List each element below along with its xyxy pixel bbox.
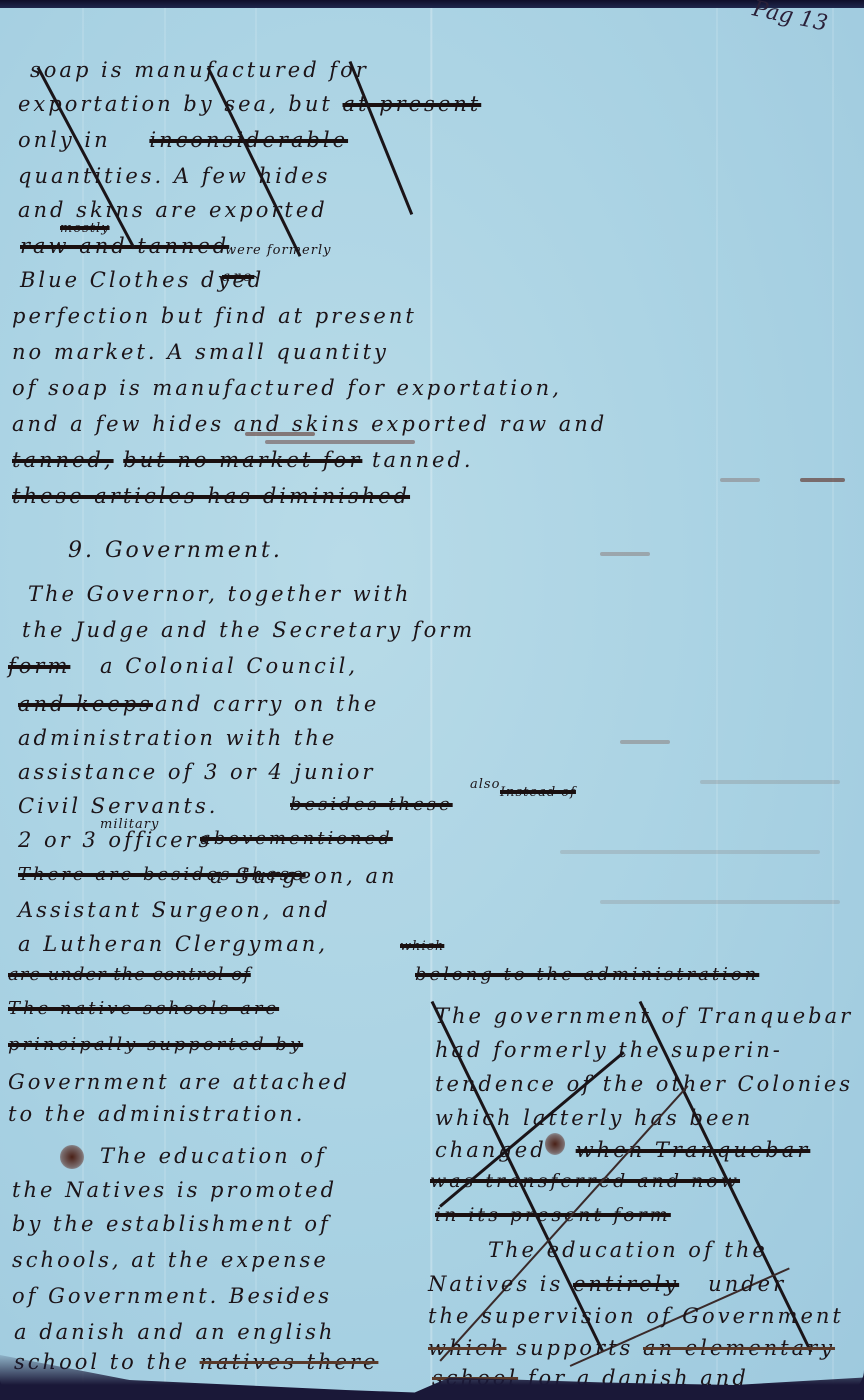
struck-word: are [222,270,254,284]
struck-insertion: which [400,940,444,953]
manuscript-line: the supervision of Government [428,1306,844,1327]
manuscript-line: no market. A small quantity [12,342,389,363]
ink-blot [545,1133,565,1155]
manuscript-line: administration with the [18,728,337,749]
struck-word: form [8,656,70,677]
manuscript-line: The education of the [488,1240,768,1261]
manuscript-line: Assistant Surgeon, and [18,900,331,921]
interlinear-insertion: were formerly [225,244,331,257]
manuscript-line: soap is manufactured for [30,60,369,81]
bleed-through-mark [720,478,760,482]
manuscript-line: tendence of the other Colonies [435,1074,853,1095]
manuscript-line: by the establishment of [12,1214,331,1235]
ink-blot [60,1145,84,1169]
bleed-through-mark [700,780,840,784]
manuscript-line: had formerly the superin- [435,1040,783,1061]
struck-line: raw and tanned [20,236,229,257]
manuscript-line: a Lutheran Clergyman, [18,934,328,955]
manuscript-line: The education of [100,1146,327,1167]
manuscript-line: only in inconsiderable [18,130,348,151]
manuscript-line: of soap is manufactured for exportation, [12,378,562,399]
struck-line: are under the control of [8,966,251,984]
manuscript-line: which latterly has been [435,1108,753,1129]
manuscript-line: exportation by sea, but at present [18,94,481,115]
manuscript-line: Natives is entirely under [428,1274,786,1295]
struck-line: The native schools are [8,1000,279,1018]
struck-line: besides these [290,796,453,814]
manuscript-line: quantities. A few hides [18,166,330,187]
struck-insertion: Instead of [500,786,576,799]
manuscript-line: assistance of 3 or 4 junior [18,762,375,783]
manuscript-line: schools, at the expense [12,1250,329,1271]
manuscript-line: and carry on the [155,694,379,715]
struck-line: principally supported by [8,1036,303,1054]
struck-line: these articles has diminished [12,486,410,507]
manuscript-line: the Natives is promoted [12,1180,337,1201]
section-heading: 9. Government. [68,540,283,562]
bleed-through-mark [600,900,840,904]
manuscript-line: of Government. Besides [12,1286,332,1307]
interlinear-insertion: also [470,778,500,791]
manuscript-line: perfection but find at present [12,306,417,327]
manuscript-line: The Governor, together with [28,584,411,605]
bleed-through-mark [600,552,650,556]
manuscript-line: tanned, but no market for tanned. [12,450,474,471]
struck-line: belong to the administration [415,966,759,984]
manuscript-line: a Surgeon, an [210,866,398,887]
struck-word: and keeps [18,694,153,715]
bleed-through-mark [620,740,670,744]
struck-word: abovementioned [200,830,393,848]
manuscript-line: which supports an elementary [428,1338,835,1359]
manuscript-line: a danish and an english [14,1322,335,1343]
bleed-through-mark [560,850,820,854]
manuscript-line: the Judge and the Secretary form [22,620,475,641]
manuscript-line: Civil Servants. [18,796,218,817]
manuscript-line: a Colonial Council, [100,656,358,677]
manuscript-line: 2 or 3 officers [18,830,212,851]
manuscript-line: Government are attached [8,1072,350,1093]
manuscript-line: to the administration. [8,1104,305,1125]
brown-strike-mark [245,432,315,436]
bleed-through-mark [800,478,845,482]
struck-line: in its present form [435,1206,671,1225]
brown-strike-mark [265,440,415,444]
